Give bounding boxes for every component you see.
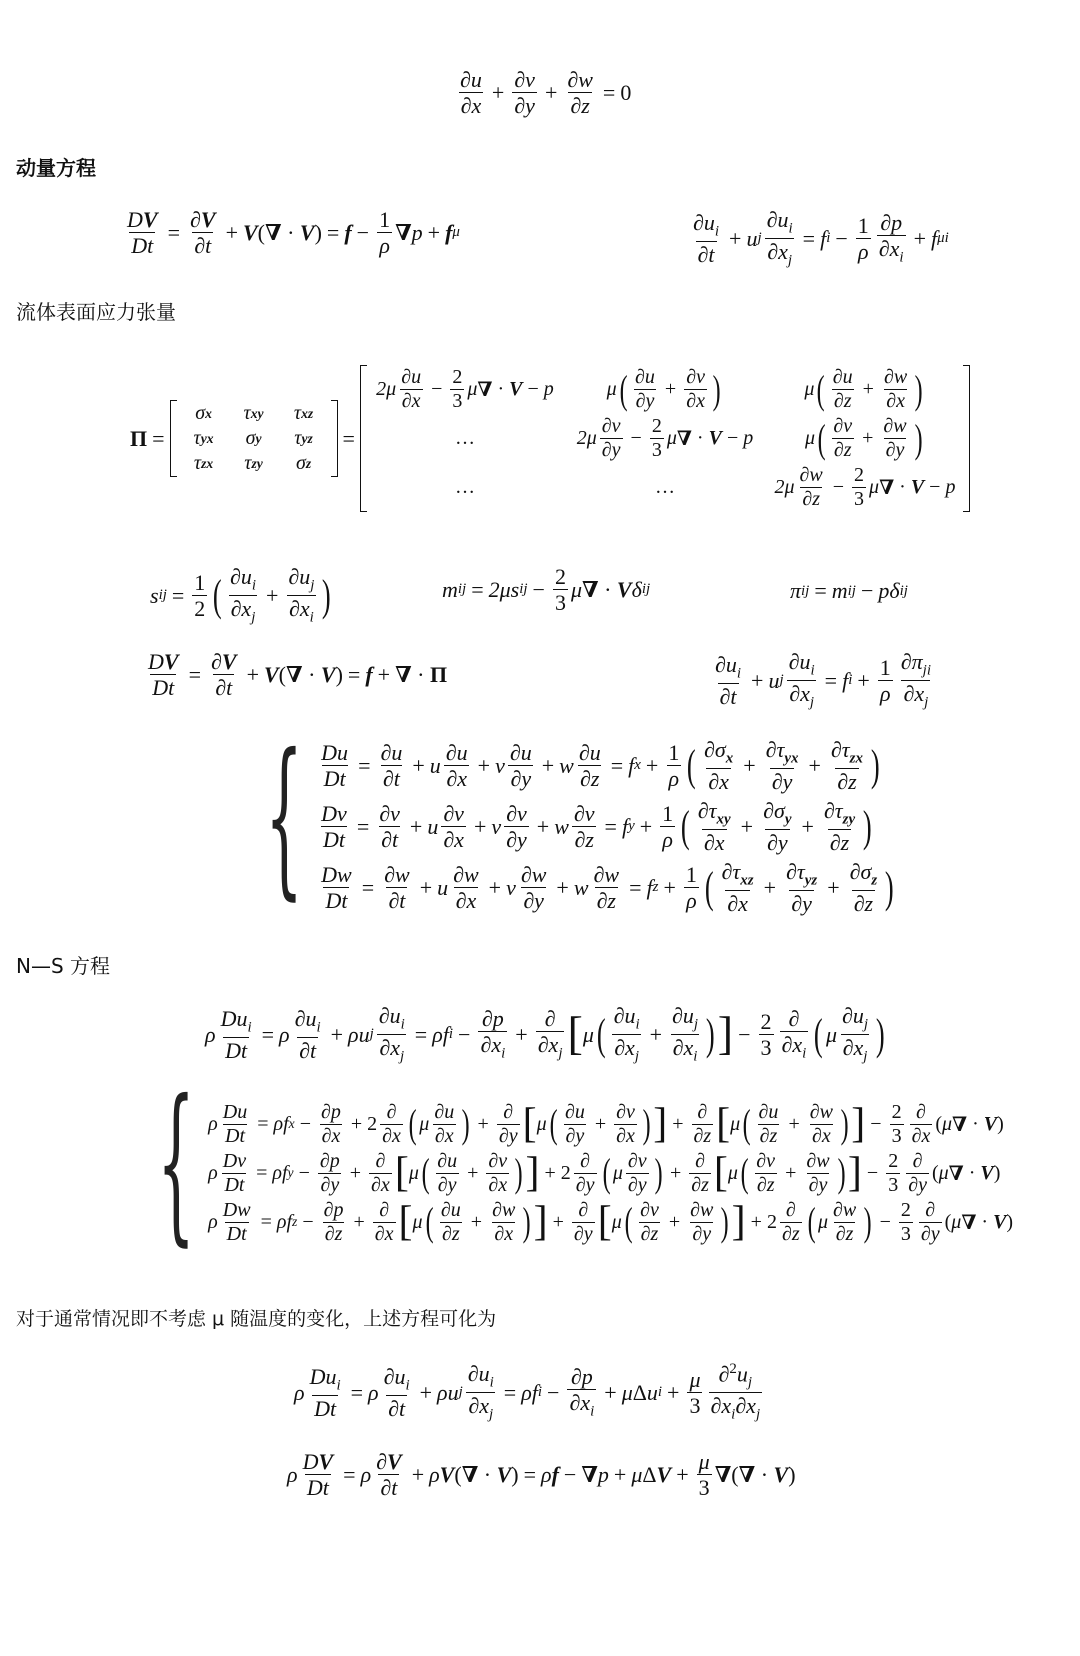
strain-rate-equation: sij=12( ∂ui∂xj+ ∂uj∂xi): [150, 565, 334, 626]
ellipsis: …: [565, 465, 765, 510]
ns-heading: N—S 方程: [16, 950, 110, 979]
component-equation-z: DwDt=∂w∂t+u∂w∂x+v∂w∂y+w∂w∂z=fz+1ρ(∂τxz∂x…: [316, 860, 897, 915]
stress-tensor-heading: 流体表面应力张量: [16, 296, 176, 325]
ns-equation-index: ρDuiDt=ρ∂ui∂t+ρuj∂ui∂xj=ρfi−∂p∂xi+∂∂xj[μ…: [205, 1004, 888, 1065]
total-stress-equation: πij=mij−pδij: [790, 578, 908, 604]
component-equation-system: { DuDt=∂u∂t+u∂u∂x+v∂u∂y+w∂u∂z=fx+1ρ(∂σx∂…: [248, 738, 897, 916]
ns-simplified-index: ρDuiDt=ρ∂ui∂t+ρuj∂ui∂xj=ρfi−∂p∂xi+μΔui+μ…: [294, 1362, 765, 1423]
ellipsis: …: [365, 465, 565, 510]
component-equation-y: DvDt=∂v∂t+u∂v∂x+v∂v∂y+w∂v∂z=fy+1ρ(∂τxy∂x…: [316, 799, 897, 854]
left-brace: {: [157, 1078, 195, 1248]
ellipsis: …: [365, 416, 565, 461]
simplification-note: 对于通常情况即不考虑 μ 随温度的变化，上述方程可化为: [16, 1304, 496, 1331]
viscous-stress-equation: mij=2μsij−23μ∇ · Vδij: [442, 565, 650, 614]
ns-equation-system: { ρDuDt=ρfx−∂p∂x+2∂∂x(μ∂u∂x)+∂∂y[μ(∂u∂y+…: [140, 1098, 1013, 1248]
momentum-stress-index: ∂ui∂t+uj ∂ui∂xj=fi+ 1ρ∂πji∂xj: [710, 650, 936, 711]
momentum-equation-index: ∂ui∂t+uj ∂ui∂xj=fi− 1ρ∂p∂xi+fμi: [688, 208, 949, 269]
ns-simplified-vector: ρDVDt=ρ∂V∂t+ρV(∇ · V)=ρf−∇p+μΔV+μ3∇(∇ · …: [287, 1450, 796, 1499]
momentum-heading: 动量方程: [16, 152, 96, 181]
stress-tensor-matrix: σxτxyτxz τyxσyτyz τzxτzyσz: [170, 400, 338, 477]
component-equation-x: DuDt=∂u∂t+u∂u∂x+v∂u∂y+w∂u∂z=fx+1ρ(∂σx∂x+…: [316, 738, 897, 793]
continuity-equation: ∂u∂x+ ∂v∂y+ ∂w∂z=0: [455, 68, 631, 117]
stress-tensor-expanded: 2μ∂u∂x−23μ∇ · V−p μ(∂u∂y+∂v∂x) μ(∂u∂z+∂w…: [360, 365, 970, 512]
stress-tensor-equation: Π= σxτxyτxz τyxσyτyz τzxτzyσz = 2μ∂u∂x−2…: [130, 365, 970, 512]
ns-equation-z: ρDwDt=ρfz−∂p∂z+∂∂x[μ(∂u∂z+∂w∂x)]+∂∂y[μ(∂…: [208, 1200, 1013, 1245]
ns-equation-y: ρDvDt=ρfy−∂p∂y+∂∂x[μ(∂u∂y+∂v∂x)]+2∂∂y(μ∂…: [208, 1151, 1013, 1196]
momentum-stress-vector: DVDt= ∂V∂t+ V(∇ · V)=f+∇ · Π: [143, 650, 447, 699]
momentum-equation-vector: DVDt= ∂V∂t+ V(∇ · V)= f−1ρ∇p+fμ: [122, 208, 460, 257]
left-brace: {: [265, 732, 303, 902]
ns-equation-x: ρDuDt=ρfx−∂p∂x+2∂∂x(μ∂u∂x)+∂∂y[μ(∂u∂y+∂v…: [208, 1102, 1013, 1147]
